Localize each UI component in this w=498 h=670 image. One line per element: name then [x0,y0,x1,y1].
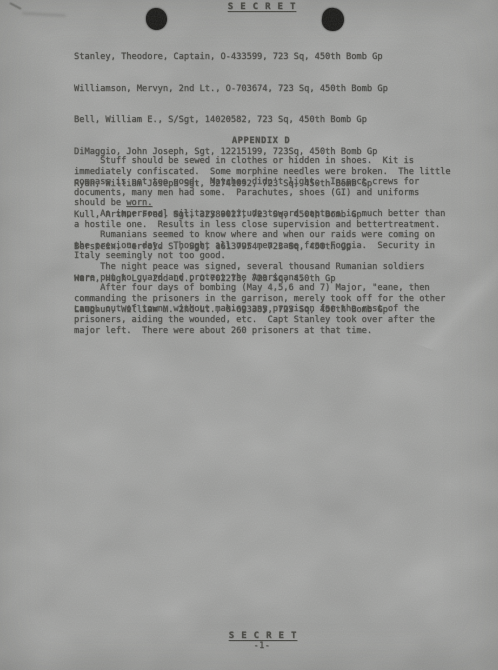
paragraph-bombing: After four days of bombing (May 4,5,6 an… [74,283,466,336]
hole-punch-left [146,8,167,30]
pencil-mark-smudge [22,12,66,17]
classification-stamp-top-label: S E C R E T [228,2,296,12]
page-number: -1- [13,641,498,651]
scanned-document-page: S E C R E T Stanley, Theodore, Captain, … [0,0,498,670]
paragraph-equipment: Stuff should be sewed in clothes or hidd… [74,156,466,209]
appendix-heading: APPENDIX D [12,136,498,146]
roster-line: Stanley, Theodore, Captain, O-433599, 72… [74,52,388,63]
roster-line: Bell, William E., S/Sgt, 14020582, 723 S… [74,115,388,126]
paragraph-attitude: An impersonal military attitude toward c… [74,209,466,230]
paragraph-rumanians: Rumanians seemed to know where and when … [74,230,466,262]
appendix-body: Stuff should be sewed in clothes or hidd… [74,156,466,336]
roster-line: Williamson, Mervyn, 2nd Lt., O-703674, 7… [74,84,388,95]
underlined-word-worn: worn. [126,198,152,208]
classification-stamp-bottom-label: S E C R E T [229,631,297,641]
paragraph-peace-signed: The night peace was signed, several thou… [74,262,466,283]
classification-stamp-top: S E C R E T [13,2,498,12]
classification-stamp-bottom: S E C R E T [14,631,498,641]
